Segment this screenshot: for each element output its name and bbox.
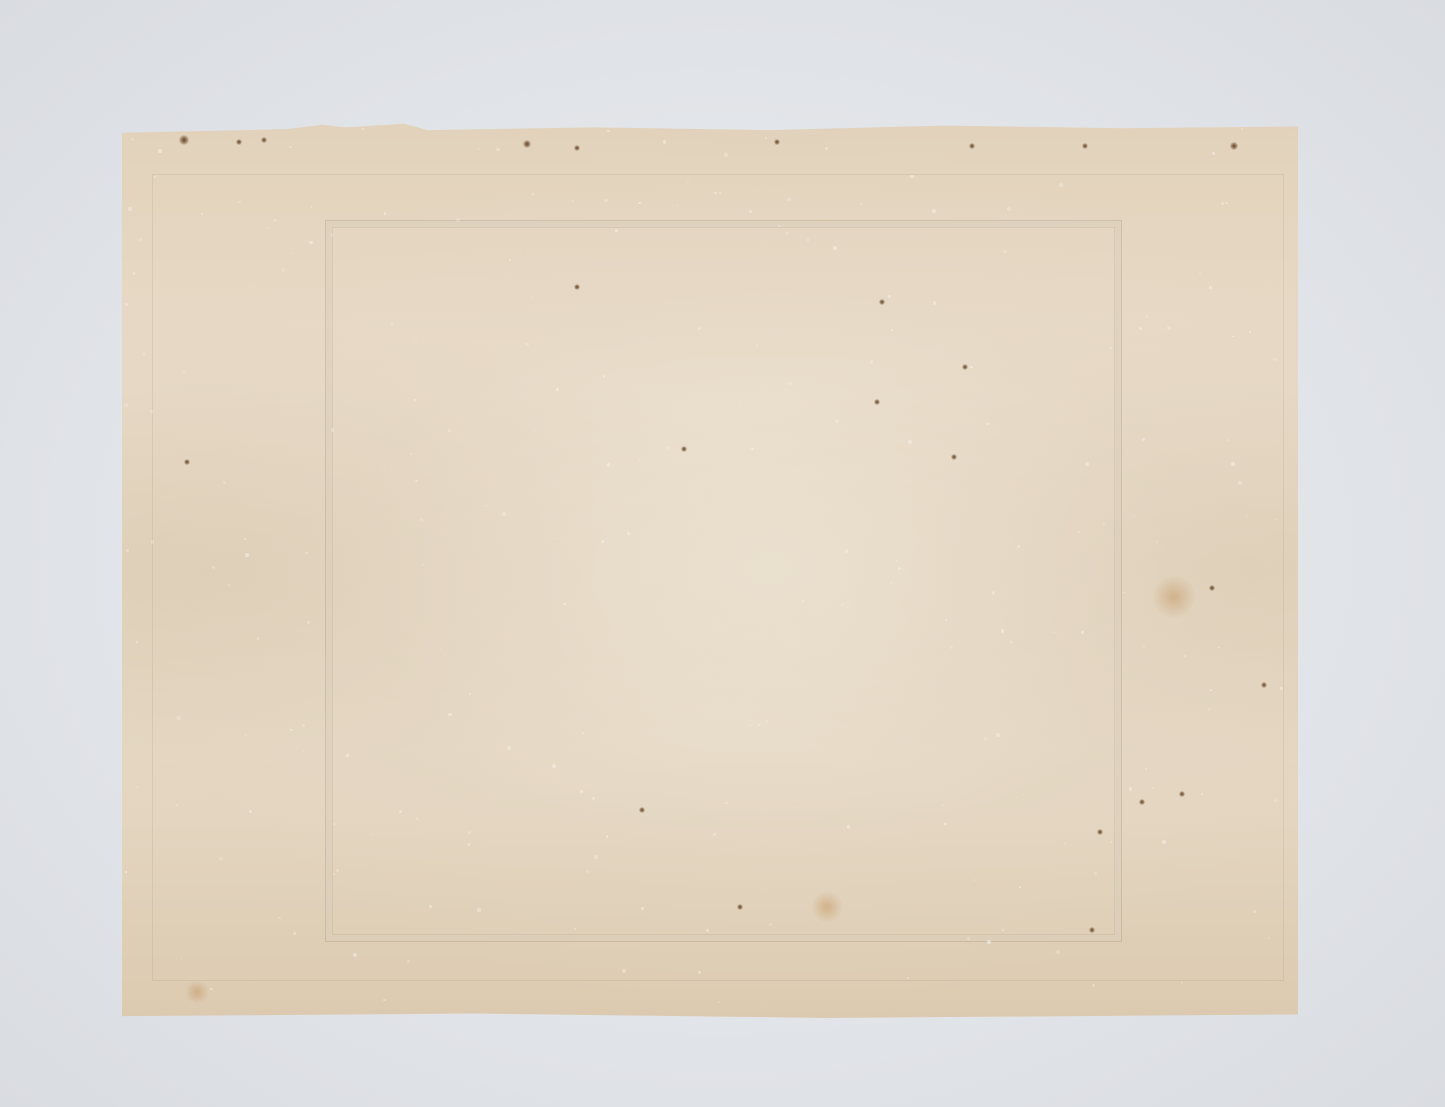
paper-fleck <box>1005 215 1007 217</box>
paper-fleck <box>627 532 630 535</box>
paper-fleck <box>1221 202 1224 205</box>
paper-fleck <box>131 138 134 141</box>
paper-fleck <box>666 446 670 450</box>
foxing-spot <box>261 137 267 143</box>
paper-fleck <box>1094 872 1097 875</box>
paper-fleck <box>525 638 526 639</box>
paper-fleck <box>1249 331 1251 333</box>
paper-fleck <box>725 802 728 805</box>
paper-fleck <box>833 246 837 250</box>
paper-fleck <box>469 693 470 694</box>
paper-fleck <box>1092 984 1095 987</box>
paper-fleck <box>219 857 223 861</box>
paper-fleck <box>290 729 293 732</box>
foxing-spot <box>1082 143 1088 149</box>
paper-fleck <box>362 128 364 130</box>
paper-sheet <box>122 122 1298 1018</box>
paper-fleck <box>496 148 499 151</box>
paper-fleck <box>383 999 386 1002</box>
paper-fleck <box>257 637 259 639</box>
paper-fleck <box>245 734 247 736</box>
foxing-spot <box>236 139 242 145</box>
paper-fleck <box>622 969 626 973</box>
paper-fleck <box>346 754 349 757</box>
paper-fleck <box>151 540 154 543</box>
foxing-spot <box>1179 791 1185 797</box>
paper-fleck <box>1290 135 1292 137</box>
paper-fleck <box>1241 128 1243 130</box>
paper-fleck <box>334 823 335 824</box>
paper-fleck <box>891 329 893 331</box>
paper-fleck <box>787 198 791 202</box>
paper-fleck <box>756 344 758 346</box>
paper-fleck <box>415 480 417 482</box>
paper-fleck <box>1109 347 1112 350</box>
water-stain <box>811 891 843 923</box>
paper-fleck <box>143 353 145 355</box>
foxing-spot <box>879 299 885 305</box>
foxing-spot <box>874 399 880 405</box>
paper-fleck <box>125 303 128 306</box>
paper-fleck <box>996 733 1000 737</box>
paper-fleck <box>330 233 334 237</box>
paper-fleck <box>944 823 946 825</box>
foxing-spot <box>1139 799 1145 805</box>
paper-fleck <box>718 1001 720 1003</box>
paper-fleck <box>703 495 704 496</box>
paper-fleck <box>642 973 643 974</box>
paper-fleck <box>786 232 789 235</box>
paper-fleck <box>420 518 423 521</box>
paper-fleck <box>554 538 555 539</box>
paper-fleck <box>158 149 162 153</box>
paper-fleck <box>333 873 335 875</box>
paper-fleck <box>125 871 127 873</box>
paper-fleck <box>890 582 892 584</box>
paper-fleck <box>1275 519 1277 521</box>
paper-fleck <box>1162 840 1166 844</box>
paper-fleck <box>307 621 310 624</box>
paper-fleck <box>456 218 460 222</box>
foxing-spot <box>1089 927 1095 933</box>
paper-fleck <box>765 137 767 139</box>
paper-fleck <box>353 953 357 957</box>
paper-fleck <box>309 241 312 244</box>
foxing-spot <box>1209 585 1215 591</box>
paper-fleck <box>468 843 471 846</box>
paper-fleck <box>974 879 975 880</box>
paper-fleck <box>984 737 987 740</box>
paper-fleck <box>807 239 809 241</box>
paper-fleck <box>331 428 334 431</box>
paper-fleck <box>1231 462 1235 466</box>
paper-fleck <box>177 716 181 720</box>
paper-fleck <box>478 148 480 150</box>
foxing-spot <box>639 807 645 813</box>
paper-fleck <box>520 742 521 743</box>
paper-fleck <box>1152 787 1154 789</box>
paper-fleck <box>1253 910 1255 912</box>
paper-fleck <box>615 229 618 232</box>
paper-fleck <box>1017 545 1020 548</box>
paper-fleck <box>1153 196 1154 197</box>
paper-fleck <box>724 153 728 157</box>
paper-fleck <box>311 206 312 207</box>
paper-fleck <box>751 448 753 450</box>
foxing-spot <box>969 143 975 149</box>
paper-fleck <box>1085 462 1089 466</box>
paper-fleck <box>758 724 760 726</box>
paper-fleck <box>399 783 401 785</box>
paper-fleck <box>987 940 990 943</box>
paper-fleck <box>128 207 132 211</box>
paper-fleck <box>429 905 432 908</box>
paper-fleck <box>714 192 716 194</box>
paper-fleck <box>532 193 534 195</box>
paper-fleck <box>870 360 873 363</box>
paper-fleck <box>571 829 572 830</box>
paper-fleck <box>305 552 307 554</box>
paper-fleck <box>422 564 423 565</box>
paper-fleck <box>641 907 644 910</box>
foxing-spot <box>1097 829 1103 835</box>
paper-fleck <box>563 603 565 605</box>
paper-fleck <box>1212 152 1215 155</box>
paper-fleck <box>1059 183 1063 187</box>
paper-fleck <box>825 147 828 150</box>
paper-fleck <box>267 227 269 229</box>
paper-fleck <box>778 225 780 227</box>
paper-fleck <box>1280 687 1283 690</box>
paper-fleck <box>212 566 215 569</box>
paper-fleck <box>653 796 654 797</box>
paper-fleck <box>1123 592 1125 594</box>
paper-fleck <box>1238 481 1242 485</box>
paper-fleck <box>137 786 138 787</box>
paper-fleck <box>502 512 506 516</box>
paper-fleck <box>245 553 249 557</box>
paper-fleck <box>1111 841 1112 842</box>
paper-fleck <box>1081 631 1083 633</box>
paper-fleck <box>484 670 485 671</box>
foxing-spot <box>1261 682 1267 688</box>
paper-fleck <box>992 591 995 594</box>
foxing-spot <box>179 135 189 145</box>
paper-fleck <box>719 192 721 194</box>
paper-fleck <box>150 410 153 413</box>
paper-fleck <box>663 140 667 144</box>
foxing-spot <box>681 446 687 452</box>
paper-fleck <box>739 402 741 404</box>
paper-fleck <box>136 641 138 643</box>
paper-fleck <box>210 988 212 990</box>
foxing-spot <box>1230 142 1238 150</box>
paper-fleck <box>1181 981 1184 984</box>
paper-fleck <box>1225 202 1228 205</box>
paper-fleck <box>124 403 128 407</box>
paper-fleck <box>448 429 451 432</box>
paper-fleck <box>1167 326 1171 330</box>
foxing-spot <box>523 140 531 148</box>
paper-fleck <box>933 301 936 304</box>
paper-fleck <box>698 327 701 330</box>
foxing-spot <box>962 364 968 370</box>
paper-fleck <box>520 251 521 252</box>
paper-fleck <box>485 505 486 506</box>
foxing-spot <box>774 139 780 145</box>
paper-fleck <box>126 549 129 552</box>
foxing-spot <box>737 904 743 910</box>
paper-fleck <box>802 600 803 601</box>
paper-fleck <box>749 724 751 726</box>
paper-fleck <box>1267 676 1268 677</box>
paper-fleck <box>228 584 230 586</box>
paper-fleck <box>604 199 607 202</box>
paper-fleck <box>424 737 425 738</box>
paper-fleck <box>552 764 556 768</box>
foxing-spot <box>951 454 957 460</box>
plate-mark <box>325 220 1122 942</box>
paper-fleck <box>1156 541 1158 543</box>
paper-fleck <box>986 423 988 425</box>
paper-fleck <box>223 481 226 484</box>
paper-fleck <box>290 253 291 254</box>
paper-fleck <box>289 146 292 149</box>
paper-fleck <box>607 463 611 467</box>
paper-fleck <box>282 268 285 271</box>
paper-fleck <box>556 388 559 391</box>
paper-fleck <box>477 908 481 912</box>
paper-fleck <box>409 231 410 232</box>
foxing-spot <box>184 459 190 465</box>
paper-fleck <box>835 419 839 423</box>
paper-fleck <box>336 869 339 872</box>
paper-fleck <box>580 790 583 793</box>
paper-fleck <box>1019 886 1021 888</box>
water-stain <box>1152 575 1196 619</box>
paper-fleck <box>1145 768 1147 770</box>
paper-fleck <box>602 540 604 542</box>
paper-fleck <box>525 343 529 347</box>
paper-fleck <box>594 855 598 859</box>
paper-fleck <box>534 431 535 432</box>
paper-fleck <box>888 295 891 298</box>
paper-fleck <box>1043 1004 1044 1005</box>
paper-fleck <box>384 212 387 215</box>
paper-fleck <box>133 272 135 274</box>
water-stain <box>185 980 209 1004</box>
paper-fleck <box>1145 315 1148 318</box>
paper-fleck <box>769 923 771 925</box>
paper-fleck <box>970 366 972 368</box>
paper-fleck <box>1007 207 1011 211</box>
paper-fleck <box>706 929 709 932</box>
paper-fleck <box>687 181 689 183</box>
foxing-spot <box>574 145 580 151</box>
paper-fleck <box>410 453 412 455</box>
paper-fleck <box>908 440 912 444</box>
foxing-spot <box>574 284 580 290</box>
paper-fleck <box>293 932 296 935</box>
paper-fleck <box>139 238 142 241</box>
paper-fleck <box>932 209 935 212</box>
paper-fleck <box>607 130 609 132</box>
